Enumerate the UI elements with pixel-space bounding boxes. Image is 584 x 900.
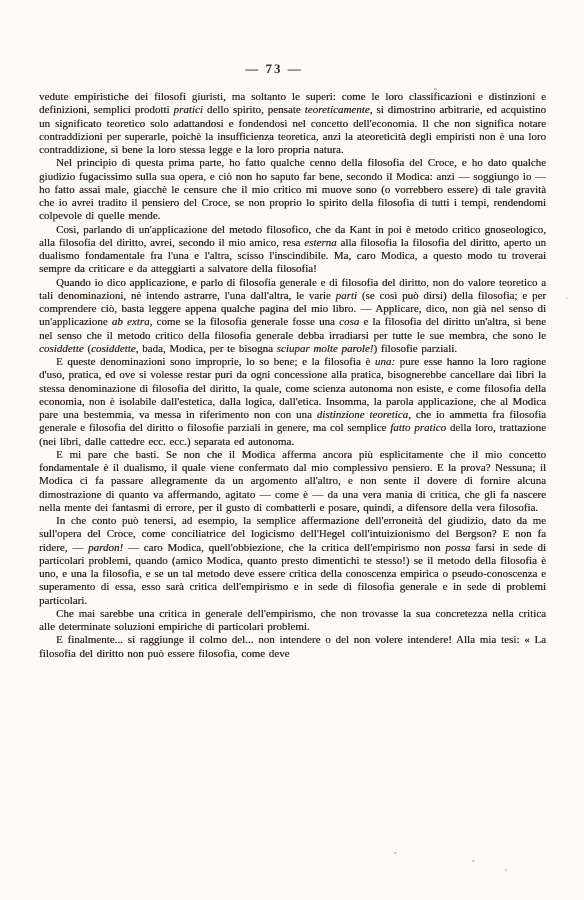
italic-text-run: ab extra [112,316,150,328]
text-run: E finalmente... si raggiunge il colmo de… [39,634,546,659]
italic-text-run: pratici [174,104,203,116]
italic-text-run: pardon! [88,542,123,554]
italic-text-run: esterna [304,237,336,249]
text-run: ) filosofie parziali. [373,343,457,355]
scan-speck [434,88,437,90]
scanned-book-page: — 73 — vedute empiristiche dei filosofi … [0,0,584,900]
paragraph: In che conto può tenersi, ad esempio, la… [39,515,546,608]
scan-speck [394,852,397,854]
body-text: vedute empiristiche dei filosofi giurist… [39,91,546,661]
paragraph: E mi pare che basti. Se non che il Modic… [39,449,546,515]
paragraph: Che mai sarebbe una critica in generale … [39,608,546,635]
text-run: , bada, Modica, per te bisogna [136,343,277,355]
text-run: E queste denominazioni sono improprie, l… [56,356,375,368]
paragraph: Quando io dico applicazione, e parlo di … [39,277,546,357]
italic-text-run: cosa [339,316,359,328]
italic-text-run: cosiddette [91,343,136,355]
paragraph: E finalmente... si raggiunge il colmo de… [39,634,546,661]
text-run: , come se la filosofia generale fosse un… [150,316,339,328]
text-run: ( [84,343,91,355]
text-run: — caro Modica, quell'obbiezione, che la … [123,542,445,554]
italic-text-run: una: [375,356,395,368]
text-run: dello spirito, pensate [203,104,305,116]
italic-text-run: possa [445,542,470,554]
italic-text-run: sciupar molte parole! [277,343,374,355]
italic-text-run: parti [336,290,357,302]
italic-text-run: fatto pratico [390,422,446,434]
text-run: Che mai sarebbe una critica in generale … [39,608,546,633]
text-run: Nel principio di questa prima parte, ho … [39,157,546,222]
italic-text-run: cosiddette [39,343,84,355]
paragraph: Nel principio di questa prima parte, ho … [39,157,546,223]
scan-speck [472,860,475,862]
italic-text-run: teoreticamente [305,104,370,116]
text-run: E mi pare che basti. Se non che il Modic… [39,449,546,514]
paragraph: vedute empiristiche dei filosofi giurist… [39,91,546,157]
paragraph: Così, parlando di un'applicazione del me… [39,224,546,277]
italic-text-run: distinzione teoretica [317,409,408,421]
page-number: — 73 — [0,61,548,77]
scan-speck [505,869,507,871]
paragraph: E queste denominazioni sono improprie, l… [39,356,546,449]
scan-speck [566,297,568,299]
